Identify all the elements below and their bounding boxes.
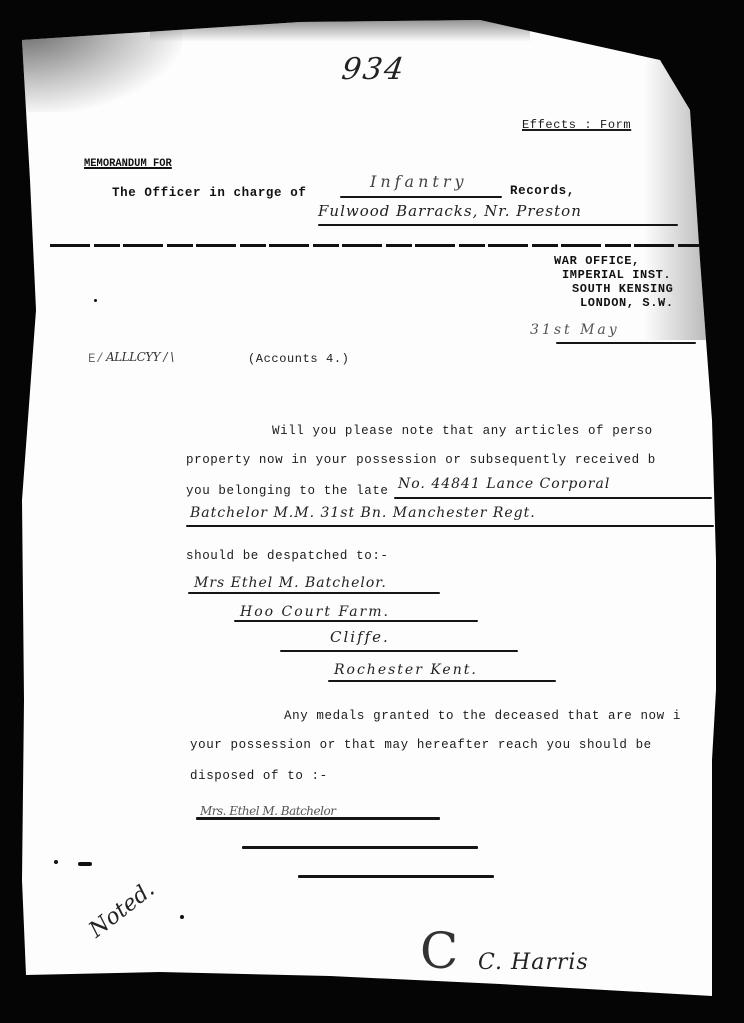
para2-line-2: your possession or that may hereafter re… bbox=[190, 738, 652, 752]
addressee-suffix: Records, bbox=[510, 184, 575, 198]
deceased-name-underline-1 bbox=[394, 497, 712, 499]
para1-line-2: property now in your possession or subse… bbox=[186, 453, 656, 467]
para1-line-3-prefix: you belonging to the late bbox=[186, 484, 389, 498]
addressee-handwritten: Infantry bbox=[370, 172, 468, 191]
ink-speck bbox=[78, 862, 92, 866]
despatch-address-line-4: Rochester Kent. bbox=[334, 662, 478, 678]
despatch-address-line-2: Hoo Court Farm. bbox=[240, 604, 390, 620]
despatch-underline-2 bbox=[234, 620, 478, 622]
ink-speck bbox=[180, 915, 184, 919]
addressee-prefix: The Officer in charge of bbox=[112, 186, 306, 200]
despatch-address-line-1: Mrs Ethel M. Batchelor. bbox=[194, 575, 387, 591]
medals-underline-3 bbox=[298, 875, 494, 878]
reference-handwritten: ALLLCYY / \ bbox=[106, 350, 174, 364]
sender-line-3: SOUTH KENSING bbox=[572, 282, 673, 296]
ink-speck bbox=[94, 299, 97, 302]
despatch-underline-4 bbox=[328, 680, 556, 682]
para1-line-5: should be despatched to:- bbox=[186, 549, 389, 563]
reference-prefix: E/ bbox=[88, 352, 104, 366]
para2-line-3: disposed of to :- bbox=[190, 769, 328, 783]
para1-line-3-handwritten: No. 44841 Lance Corporal bbox=[398, 476, 610, 492]
sender-line-1: WAR OFFICE, bbox=[554, 254, 640, 268]
signature: C. Harris bbox=[478, 950, 589, 975]
folio-number: 934 bbox=[340, 52, 408, 87]
addressee-location-handwritten: Fulwood Barracks, Nr. Preston bbox=[318, 202, 582, 220]
para2-line-1: Any medals granted to the deceased that … bbox=[284, 709, 681, 723]
document-page: 934 Effects : Form MEMORANDUM FOR The Of… bbox=[0, 0, 744, 1023]
annotation-noted: Noted. bbox=[85, 877, 160, 943]
deceased-name-underline-2 bbox=[186, 525, 714, 527]
addressee-underline bbox=[340, 196, 502, 198]
memo-heading: MEMORANDUM FOR bbox=[84, 158, 172, 170]
medals-underline-2 bbox=[242, 846, 478, 849]
signature-initial: C bbox=[420, 922, 458, 980]
despatch-address-line-3: Cliffe. bbox=[330, 628, 390, 646]
location-underline bbox=[318, 224, 678, 226]
medals-underline-1 bbox=[196, 817, 440, 820]
despatch-underline-1 bbox=[188, 592, 440, 594]
ink-speck bbox=[54, 860, 58, 864]
separator-rule bbox=[50, 244, 710, 247]
medals-address-line-1: Mrs. Ethel M. Batchelor bbox=[200, 804, 335, 818]
despatch-underline-3 bbox=[280, 650, 518, 652]
date-underline bbox=[556, 342, 696, 344]
para1-line-1: Will you please note that any articles o… bbox=[272, 424, 653, 438]
sender-line-4: LONDON, S.W. bbox=[580, 296, 674, 310]
date-handwritten: 31st May bbox=[530, 322, 620, 338]
stain-top-edge bbox=[150, 20, 530, 42]
para1-line-4-handwritten: Batchelor M.M. 31st Bn. Manchester Regt. bbox=[190, 505, 536, 521]
form-label: Effects : Form bbox=[522, 118, 631, 132]
sender-line-2: IMPERIAL INST. bbox=[562, 268, 671, 282]
reference-dept: (Accounts 4.) bbox=[248, 352, 349, 366]
